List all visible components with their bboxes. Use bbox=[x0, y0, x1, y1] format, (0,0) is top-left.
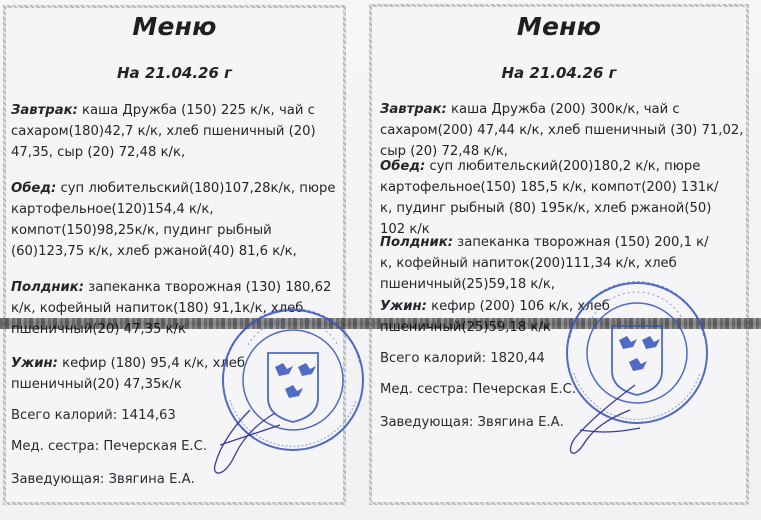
meal-dinner: Ужин: кефир (200) 106 к/к, хлеб пшеничны… bbox=[380, 296, 730, 338]
meal-label: Ужин: bbox=[380, 299, 427, 314]
head-signature-line: Заведующая: Звягина Е.А. bbox=[11, 469, 195, 490]
menu-title: Меню bbox=[372, 12, 746, 41]
head-signature-line: Заведующая: Звягина Е.А. bbox=[380, 412, 564, 433]
meal-label: Завтрак: bbox=[11, 103, 78, 118]
meal-label: Полдник: bbox=[11, 280, 84, 295]
meal-breakfast: Завтрак: каша Дружба (150) 225 к/к, чай … bbox=[11, 100, 341, 163]
menu-date: На 21.04.26 г bbox=[6, 64, 343, 82]
meal-snack: Полдник: запеканка творожная (150) 200,1… bbox=[380, 232, 710, 295]
menu-title: Меню bbox=[6, 12, 343, 41]
meal-label: Полдник: bbox=[380, 235, 453, 250]
total-calories: Всего калорий: 1414,63 bbox=[11, 405, 176, 426]
meal-dinner: Ужин: кефир (180) 95,4 к/к, хлеб пшеничн… bbox=[11, 353, 341, 395]
meal-lunch: Обед: суп любительский(180)107,28к/к, пю… bbox=[11, 178, 341, 262]
meal-lunch: Обед: суп любительский(200)180,2 к/к, пю… bbox=[380, 156, 720, 240]
meal-snack: Полдник: запеканка творожная (130) 180,6… bbox=[11, 277, 341, 340]
meal-breakfast: Завтрак: каша Дружба (200) 300к/к, чай с… bbox=[380, 99, 745, 162]
scanned-document: Меню На 21.04.26 г Завтрак: каша Дружба … bbox=[0, 0, 761, 520]
total-calories: Всего калорий: 1820,44 bbox=[380, 348, 545, 369]
meal-label: Обед: bbox=[11, 181, 56, 196]
nurse-signature-line: Мед. сестра: Печерская Е.С. bbox=[11, 436, 207, 457]
menu-card-left: Меню На 21.04.26 г Завтрак: каша Дружба … bbox=[3, 5, 346, 505]
meal-label: Ужин: bbox=[11, 356, 58, 371]
meal-text: суп любительский(200)180,2 к/к, пюре кар… bbox=[380, 159, 719, 237]
meal-text: суп любительский(180)107,28к/к, пюре кар… bbox=[11, 181, 336, 259]
scan-artifact-band bbox=[0, 318, 761, 329]
menu-date: На 21.04.26 г bbox=[372, 64, 746, 82]
meal-label: Завтрак: bbox=[380, 102, 447, 117]
meal-label: Обед: bbox=[380, 159, 425, 174]
menu-card-right: Меню На 21.04.26 г Завтрак: каша Дружба … bbox=[369, 4, 749, 505]
nurse-signature-line: Мед. сестра: Печерская Е.С. bbox=[380, 379, 576, 400]
